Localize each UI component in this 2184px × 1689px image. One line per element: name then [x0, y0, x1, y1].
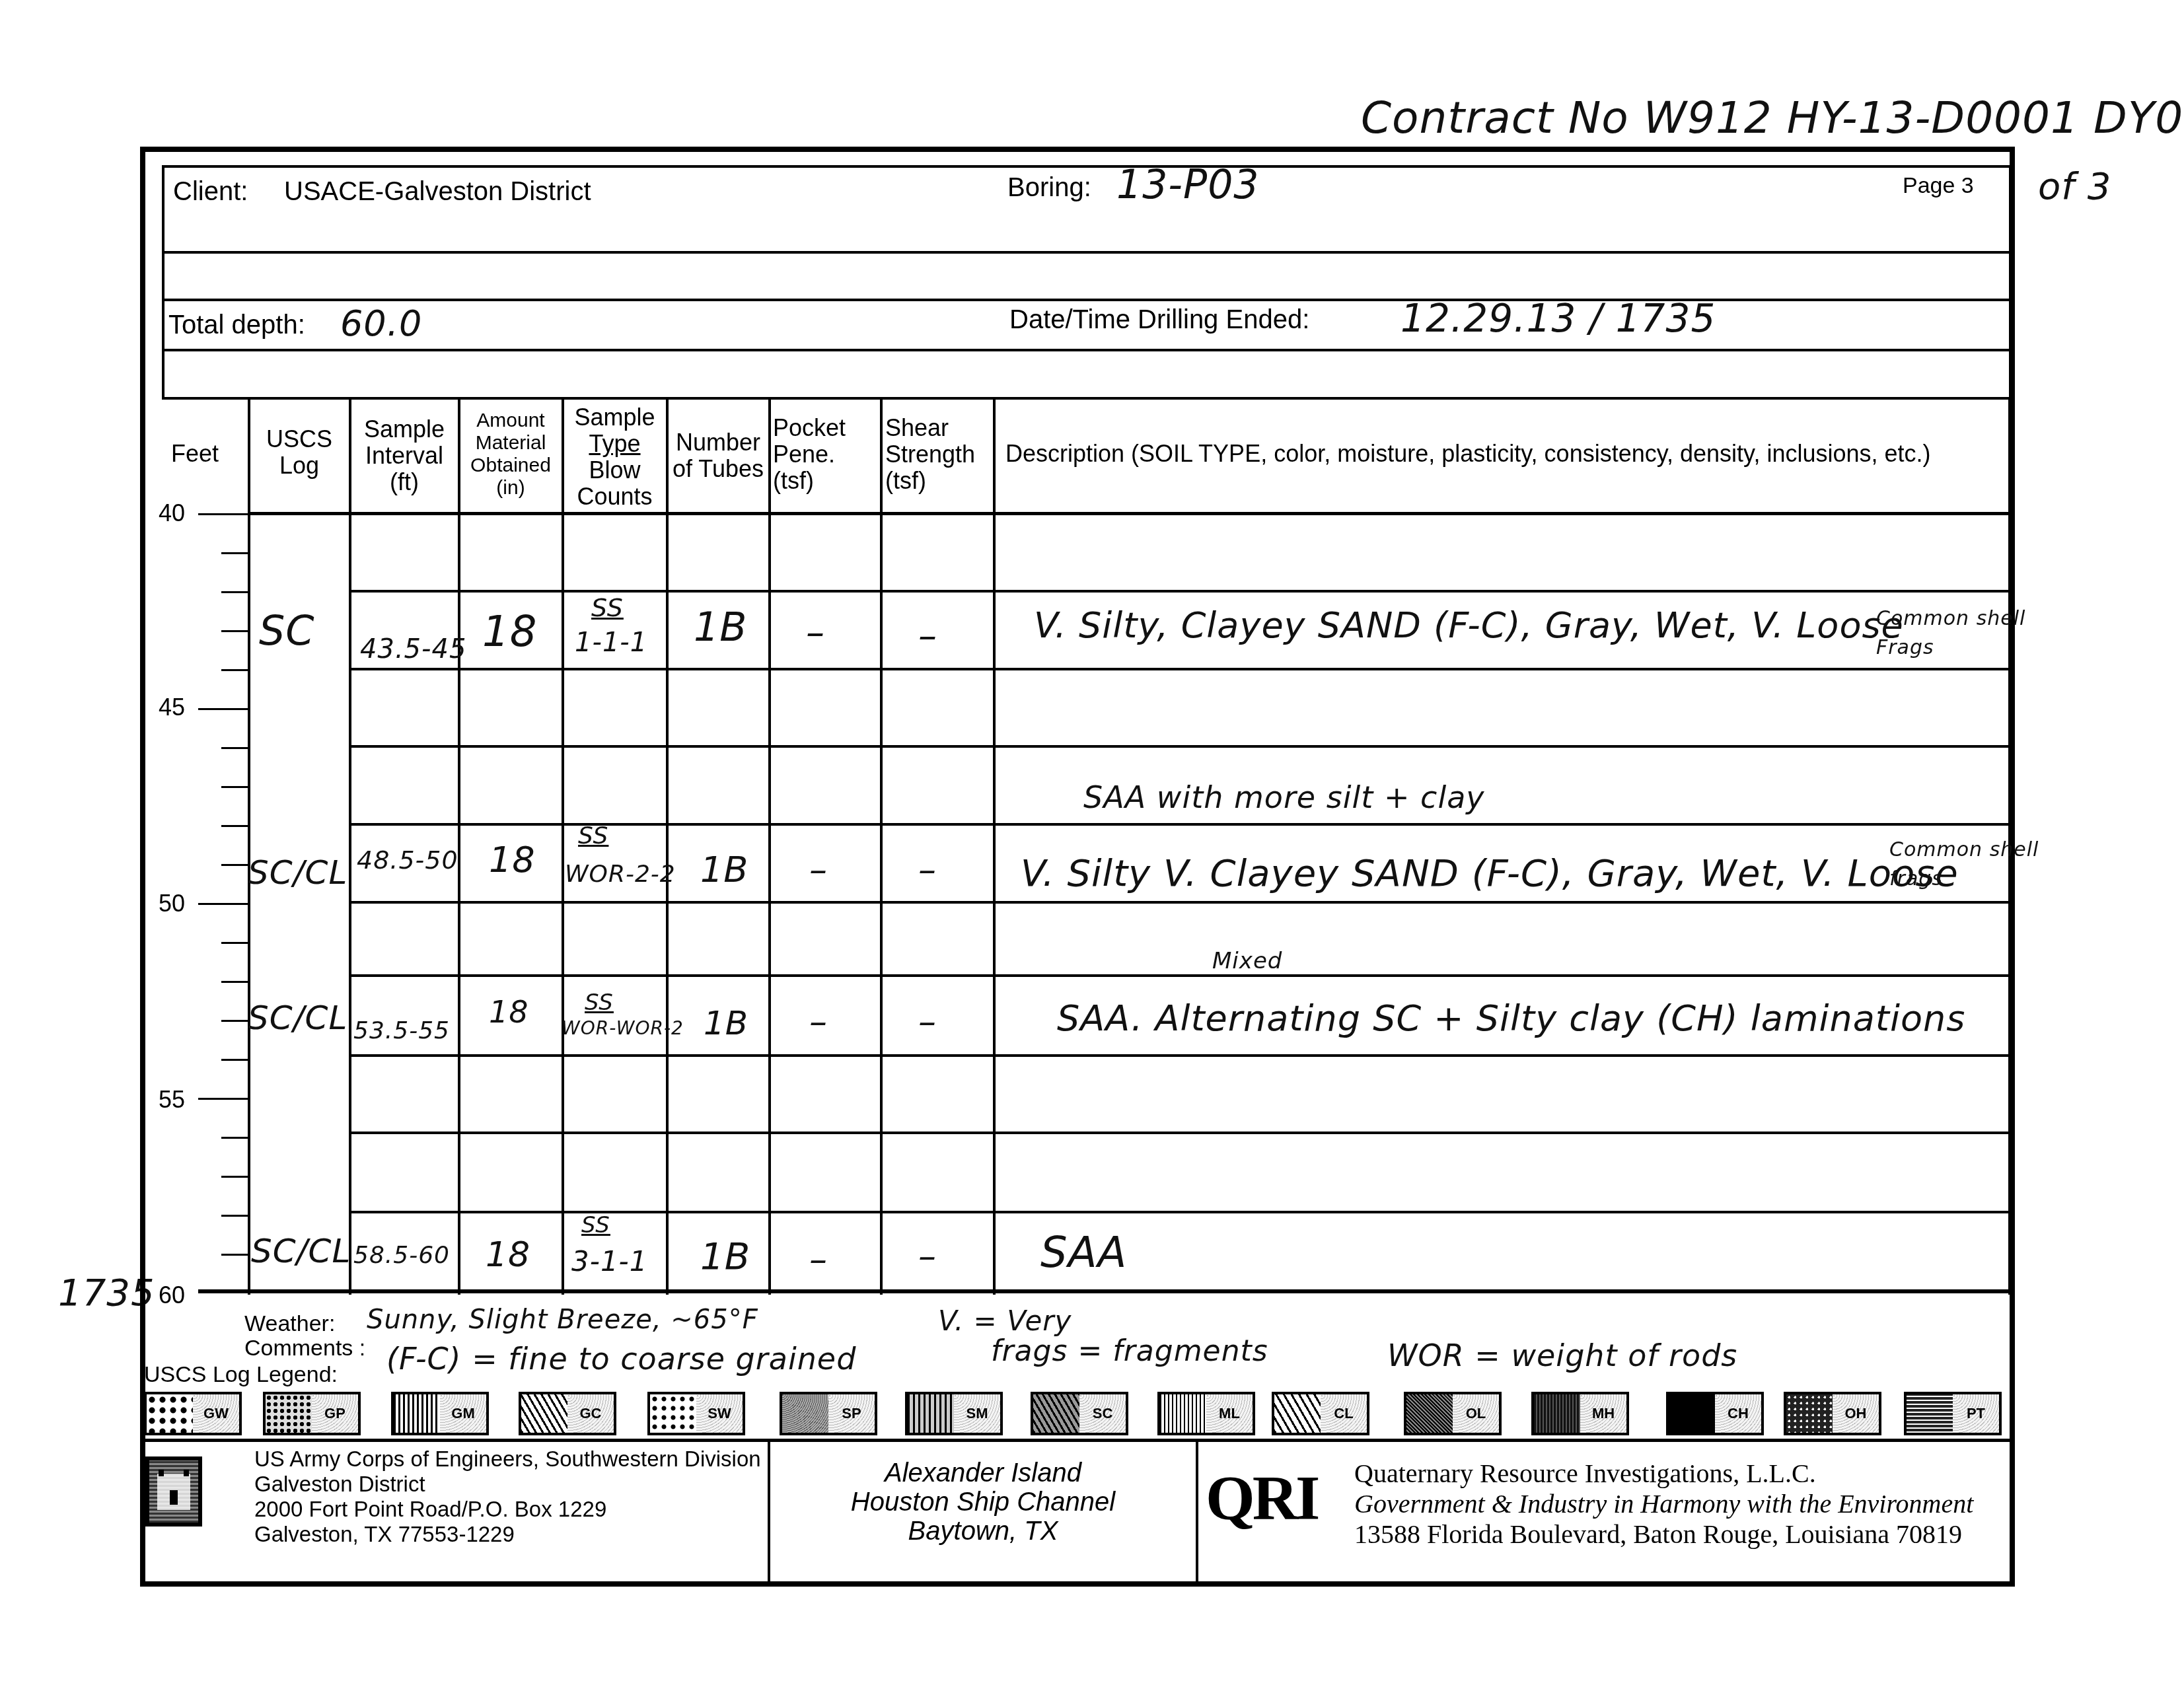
client-value: USACE-Galveston District: [284, 177, 591, 207]
tick-minor: [221, 591, 248, 593]
sw-pattern-icon: [650, 1394, 696, 1433]
row-line: [349, 745, 2008, 748]
comment-wor: WOR = weight of rods: [1387, 1338, 1737, 1373]
shear-value: –: [918, 614, 937, 657]
ml-pattern-icon: [1160, 1394, 1206, 1433]
shear-value: –: [918, 849, 937, 890]
tick-minor: [221, 1020, 248, 1022]
usace-line4: Galveston, TX 77553-1229: [254, 1522, 761, 1547]
amount-value: 18: [489, 994, 529, 1030]
row-line: [349, 901, 2008, 904]
interval-value: 43.5-45: [360, 634, 466, 665]
pocket-value: –: [806, 611, 825, 654]
tick-major: [198, 708, 248, 710]
tubes-value: 1B: [700, 1235, 750, 1278]
date-time-label: Date/Time Drilling Ended:: [1009, 305, 1309, 335]
sample-type-value: SS: [591, 593, 624, 622]
interval-value: 48.5-50: [357, 845, 458, 875]
col-amount: Amount Material Obtained (in): [460, 410, 562, 499]
tick-minor: [221, 1137, 248, 1139]
ch-pattern-icon: [1669, 1394, 1715, 1433]
description-note: Common shell Frags: [1876, 604, 2048, 663]
tick-minor: [221, 1215, 248, 1217]
col-type-line4: Counts: [564, 484, 666, 510]
legend-code: MH: [1580, 1394, 1626, 1433]
legend-sc: SC: [1031, 1392, 1128, 1435]
description-value: V. Silty, Clayey SAND (F-C), Gray, Wet, …: [1034, 604, 1904, 646]
footer-divider: [1196, 1440, 1198, 1587]
divider: [162, 299, 2012, 301]
col-divider: [768, 400, 771, 1295]
boring-label: Boring:: [1007, 173, 1091, 203]
tick-minor: [221, 864, 248, 866]
col-interval-line1: Sample: [351, 416, 458, 443]
qri-line1: Quaternary Resource Investigations, L.L.…: [1354, 1458, 1973, 1489]
qri-line3: 13588 Florida Boulevard, Baton Rouge, Lo…: [1354, 1519, 1973, 1550]
col-shear-line2: Strength: [885, 441, 991, 468]
usace-line2: Galveston District: [254, 1472, 761, 1497]
row-line: [349, 590, 2008, 593]
tick-minor: [221, 669, 248, 671]
col-pocket-pene: Pocket Pene. (tsf): [773, 415, 865, 494]
tick-major: [198, 903, 248, 905]
blow-counts-value: WOR-2-2: [565, 861, 676, 888]
gw-pattern-icon: [147, 1394, 193, 1433]
col-interval-line3: (ft): [351, 469, 458, 495]
description-above: SAA with more silt + clay: [1083, 779, 1485, 815]
table-bottom-line: [198, 1289, 2011, 1293]
comment-fine-coarse: (F-C) = fine to coarse grained: [386, 1341, 856, 1377]
sample-type-value: SS: [581, 1212, 610, 1239]
comments-label: Comments :: [244, 1336, 365, 1361]
sample-type-value: SS: [585, 989, 614, 1016]
legend-code: SC: [1079, 1394, 1126, 1433]
col-pocket-line3: (tsf): [773, 468, 865, 494]
col-divider: [993, 400, 996, 1295]
col-divider: [666, 400, 669, 1295]
depth-tick-50: 50: [159, 890, 185, 917]
legend-ch: CH: [1666, 1392, 1764, 1435]
uscs-value: SC/CL: [248, 999, 347, 1037]
usace-line3: 2000 Fort Point Road/P.O. Box 1229: [254, 1497, 761, 1522]
gc-pattern-icon: [521, 1394, 567, 1433]
depth-tick-45: 45: [159, 694, 185, 721]
tick-major: [198, 513, 248, 515]
tick-minor: [221, 630, 248, 632]
legend-ol: OL: [1404, 1392, 1502, 1435]
project-line1: Alexander Island: [770, 1458, 1196, 1488]
col-shear-line3: (tsf): [885, 468, 991, 494]
legend-code: ML: [1206, 1394, 1253, 1433]
legend-code: GP: [312, 1394, 358, 1433]
oh-pattern-icon: [1786, 1394, 1833, 1433]
col-divider: [349, 400, 351, 1295]
legend-code: SM: [954, 1394, 1000, 1433]
tick-major: [198, 1098, 248, 1100]
sp-pattern-icon: [782, 1394, 828, 1433]
amount-value: 18: [482, 608, 537, 657]
legend-label: USCS Log Legend:: [144, 1362, 338, 1388]
tick-minor: [221, 1176, 248, 1178]
weather-label: Weather:: [244, 1311, 335, 1337]
legend-sp: SP: [780, 1392, 877, 1435]
page-label: Page 3: [1903, 173, 1974, 199]
uscs-value: SC: [259, 606, 315, 655]
tick-minor: [221, 552, 248, 554]
tick-minor: [221, 942, 248, 944]
row-line: [349, 1054, 2008, 1057]
legend-code: OL: [1453, 1394, 1499, 1433]
usace-line1: US Army Corps of Engineers, Southwestern…: [254, 1447, 761, 1472]
col-amount-line3: Obtained: [460, 454, 562, 477]
legend-code: SP: [828, 1394, 875, 1433]
divider: [162, 251, 2012, 254]
tick-minor: [221, 1254, 248, 1256]
gp-pattern-icon: [266, 1394, 312, 1433]
col-shear-strength: Shear Strength (tsf): [885, 415, 991, 494]
legend-mh: MH: [1531, 1392, 1629, 1435]
legend-code: GW: [193, 1394, 239, 1433]
col-uscs-line2: Log: [250, 452, 349, 479]
interval-value: 53.5-55: [353, 1017, 450, 1044]
project-line2: Houston Ship Channel: [770, 1488, 1196, 1517]
tick-minor: [221, 825, 248, 827]
col-uscs-line1: USCS: [250, 426, 349, 452]
ol-pattern-icon: [1406, 1394, 1453, 1433]
total-depth-label: Total depth:: [168, 310, 305, 340]
legend-code: CH: [1715, 1394, 1761, 1433]
depth-tick-40: 40: [159, 499, 185, 527]
col-type-line3: Blow: [564, 457, 666, 484]
footer-top-line: [140, 1439, 2015, 1442]
legend-code: OH: [1833, 1394, 1879, 1433]
usace-address: US Army Corps of Engineers, Southwestern…: [254, 1447, 761, 1547]
tick-minor: [221, 1059, 248, 1061]
legend-gc: GC: [519, 1392, 616, 1435]
col-shear-line1: Shear: [885, 415, 991, 441]
col-tubes-line1: Number: [668, 429, 768, 456]
col-amount-line2: Material: [460, 432, 562, 454]
legend-ml: ML: [1157, 1392, 1255, 1435]
contract-number: Contract No W912 HY-13-D0001 DY06: [1361, 92, 2184, 143]
gm-pattern-icon: [394, 1394, 440, 1433]
qri-logo-icon: QRI: [1206, 1461, 1317, 1534]
boring-value: 13-P03: [1116, 162, 1260, 208]
col-tubes: Number of Tubes: [668, 429, 768, 482]
description-value: SAA. Alternating SC + Silty clay (CH) la…: [1057, 997, 1965, 1039]
project-location: Alexander Island Houston Ship Channel Ba…: [770, 1458, 1196, 1546]
description-note: Common shell frags: [1889, 836, 2061, 894]
legend-oh: OH: [1784, 1392, 1881, 1435]
col-divider: [880, 400, 883, 1295]
legend-code: GC: [567, 1394, 614, 1433]
description-value: SAA: [1040, 1229, 1127, 1277]
col-divider: [248, 400, 250, 1295]
mh-pattern-icon: [1534, 1394, 1580, 1433]
tick-minor: [221, 747, 248, 749]
col-tubes-line2: of Tubes: [668, 456, 768, 482]
row-line: [349, 668, 2008, 670]
usace-castle-logo-icon: [145, 1456, 202, 1527]
legend-code: SW: [696, 1394, 743, 1433]
pocket-value: –: [809, 1239, 828, 1280]
row-line: [349, 974, 2008, 977]
tick-minor: [221, 981, 248, 983]
abbrev-very: V. = Very: [938, 1305, 1072, 1337]
amount-value: 18: [489, 839, 536, 880]
col-pocket-line1: Pocket: [773, 415, 865, 441]
date-time-value: 12.29.13 / 1735: [1401, 296, 1716, 341]
amount-value: 18: [486, 1235, 530, 1275]
tubes-value: 1B: [700, 849, 748, 890]
col-feet: Feet: [159, 441, 231, 466]
pt-pattern-icon: [1907, 1394, 1953, 1433]
legend-gp: GP: [263, 1392, 361, 1435]
col-interval-line2: Interval: [351, 443, 458, 469]
weather-value: Sunny, Slight Breeze, ~65°F: [367, 1305, 758, 1335]
blow-counts-value: WOR-WOR-2: [562, 1017, 684, 1039]
page-of-note: of 3: [2038, 165, 2111, 208]
sc-pattern-icon: [1033, 1394, 1079, 1433]
col-uscs-log: USCS Log: [250, 426, 349, 479]
pocket-value: –: [809, 1001, 828, 1042]
qri-line2: Government & Industry in Harmony with th…: [1354, 1489, 1973, 1519]
legend-gm: GM: [391, 1392, 489, 1435]
interval-value: 58.5-60: [353, 1242, 450, 1269]
col-divider: [562, 400, 564, 1295]
project-line3: Baytown, TX: [770, 1517, 1196, 1546]
tubes-value: 1B: [704, 1004, 748, 1042]
col-type-line2: Type: [564, 431, 666, 457]
legend-code: PT: [1953, 1394, 1999, 1433]
header-bottom-line: [248, 512, 2011, 515]
legend-code: GM: [440, 1394, 486, 1433]
col-description: Description (SOIL TYPE, color, moisture,…: [1005, 440, 1931, 468]
cl-pattern-icon: [1274, 1394, 1321, 1433]
qri-address: Quaternary Resource Investigations, L.L.…: [1354, 1458, 1973, 1550]
col-type-line1: Sample: [564, 404, 666, 431]
sample-type-value: SS: [578, 822, 608, 849]
depth-tick-60: 60: [159, 1281, 185, 1309]
legend-gw: GW: [144, 1392, 242, 1435]
blow-counts-value: 3-1-1: [571, 1245, 647, 1277]
col-amount-line1: Amount: [460, 410, 562, 432]
legend-code: CL: [1321, 1394, 1367, 1433]
tick-minor: [221, 786, 248, 788]
shear-value: –: [918, 1001, 937, 1042]
shear-value: –: [918, 1235, 937, 1277]
client-label: Client:: [173, 177, 248, 207]
col-sample-interval: Sample Interval (ft): [351, 416, 458, 495]
uscs-value: SC/CL: [251, 1232, 351, 1270]
col-sample-type: Sample Type Blow Counts: [564, 404, 666, 510]
description-value: V. Silty V. Clayey SAND (F-C), Gray, Wet…: [1021, 852, 1959, 895]
legend-sw: SW: [647, 1392, 745, 1435]
legend-pt: PT: [1904, 1392, 2002, 1435]
uscs-value: SC/CL: [248, 853, 347, 892]
blow-counts-value: 1-1-1: [575, 628, 647, 658]
legend-cl: CL: [1272, 1392, 1369, 1435]
description-above: Mixed: [1212, 948, 1282, 974]
divider: [162, 349, 2012, 351]
comment-frags: frags = fragments: [991, 1334, 1268, 1368]
col-pocket-line2: Pene.: [773, 441, 865, 468]
legend-sm: SM: [905, 1392, 1003, 1435]
total-depth-value: 60.0: [340, 303, 422, 344]
depth-tick-55: 55: [159, 1086, 185, 1114]
tubes-value: 1B: [694, 604, 747, 651]
col-amount-line4: (in): [460, 477, 562, 499]
row-line: [349, 1132, 2008, 1134]
sm-pattern-icon: [908, 1394, 954, 1433]
pocket-value: –: [809, 849, 828, 890]
